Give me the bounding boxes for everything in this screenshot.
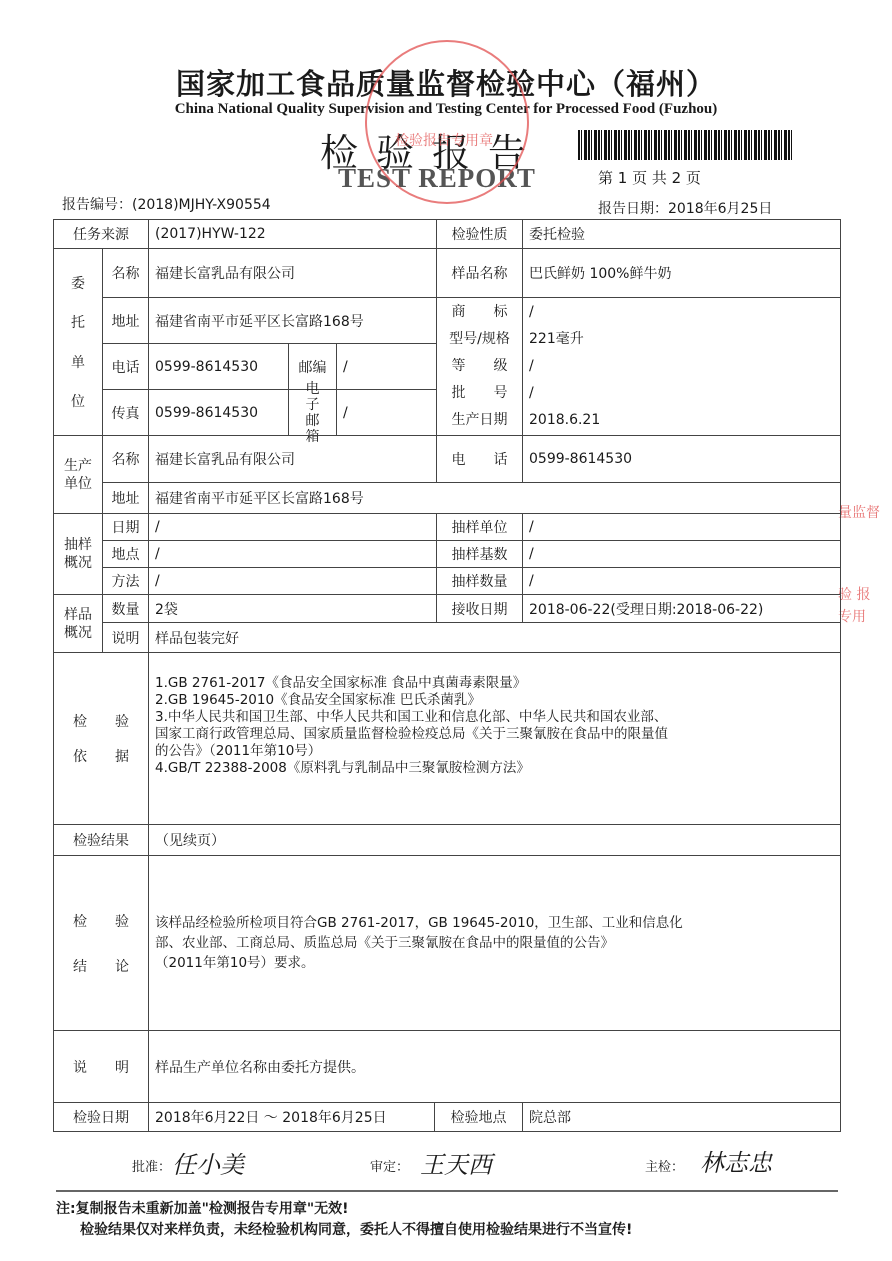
conclusion-label: 检 验 结 论: [53, 855, 149, 1031]
test-date-label: 检验日期: [53, 1102, 149, 1132]
client-label-char: 托: [71, 312, 85, 332]
conclusion-label-1: 检 验: [73, 911, 129, 931]
sample-name-value: 巴氏鲜奶 100%鲜牛奶: [522, 248, 841, 298]
sampling-unit-label: 抽样单位: [436, 513, 523, 541]
client-name-value: 福建长富乳品有限公司: [148, 248, 437, 298]
inspection-type-value: 委托检验: [522, 219, 841, 249]
report-date: 报告日期：2018年6月25日: [598, 198, 772, 218]
client-phone-value: 0599-8614530: [148, 343, 289, 390]
client-label-char: 单: [71, 352, 85, 372]
producer-address-label: 地址: [102, 482, 149, 514]
sample-detail-values: / 221毫升 / / 2018.6.21: [522, 297, 841, 436]
client-label-char: 委: [71, 273, 85, 293]
sampling-place-label: 地点: [102, 540, 149, 568]
spec-label: 型号/规格: [449, 326, 510, 353]
conclusion-label-2: 结 论: [73, 956, 129, 976]
sampling-group-label: 抽样概况: [53, 513, 103, 595]
producer-address-value: 福建省南平市延平区长富路168号: [148, 482, 841, 514]
sampling-base-label: 抽样基数: [436, 540, 523, 568]
spec-value: 221毫升: [529, 326, 584, 353]
conclusion-value: 该样品经检验所检项目符合GB 2761-2017，GB 19645-2010，卫…: [148, 855, 841, 1031]
sampling-unit-value: /: [522, 513, 841, 541]
basis-line: 4.GB/T 22388-2008《原料乳与乳制品中三聚氰胺检测方法》: [155, 760, 530, 777]
basis-label: 检 验 依 据: [53, 652, 149, 825]
brand-label: 商 标: [452, 299, 508, 326]
divider: [56, 1190, 838, 1192]
basis-line: 国家工商行政管理总局、国家质量监督检验检疫总局《关于三聚氰胺在食品中的限量值: [155, 726, 668, 743]
sampling-base-value: /: [522, 540, 841, 568]
sample-qty-value: 2袋: [148, 594, 437, 623]
sampling-method-label: 方法: [102, 567, 149, 595]
producer-name-label: 名称: [102, 435, 149, 483]
client-fax-value: 0599-8614530: [148, 389, 289, 436]
producer-phone-value: 0599-8614530: [522, 435, 841, 483]
grade-value: /: [529, 353, 534, 380]
receive-date-label: 接收日期: [436, 594, 523, 623]
client-email-value: /: [336, 389, 437, 436]
basis-value: 1.GB 2761-2017《食品安全国家标准 食品中真菌毒素限量》 2.GB …: [148, 652, 841, 825]
client-fax-label: 传真: [102, 389, 149, 436]
approve-label: 批准：: [132, 1156, 171, 1175]
basis-line: 3.中华人民共和国卫生部、中华人民共和国工业和信息化部、中华人民共和国农业部、: [155, 709, 667, 726]
sampling-date-label: 日期: [102, 513, 149, 541]
report-number: 报告编号：(2018)MJHY-X90554: [62, 194, 271, 214]
sample-desc-label: 说明: [102, 622, 149, 653]
grade-label: 等 级: [452, 353, 508, 380]
inspection-type-label: 检验性质: [436, 219, 523, 249]
stamp-text: 检验报告专用章: [395, 130, 493, 150]
client-group-label: 委 托 单 位: [53, 248, 103, 436]
task-source-value: (2017)HYW-122: [148, 219, 437, 249]
client-postcode-value: /: [336, 343, 437, 390]
official-stamp-icon: [365, 40, 529, 204]
sampling-date-value: /: [148, 513, 437, 541]
sample-desc-value: 样品包装完好: [148, 622, 841, 653]
client-name-label: 名称: [102, 248, 149, 298]
result-label: 检验结果: [53, 824, 149, 856]
brand-value: /: [529, 299, 534, 326]
test-place-label: 检验地点: [434, 1102, 523, 1132]
side-stamp-text-1: 量监督: [838, 502, 888, 524]
remark-label: 说 明: [53, 1030, 149, 1103]
producer-phone-label: 电 话: [436, 435, 523, 483]
prod-date-label: 生产日期: [452, 407, 508, 434]
task-source-label: 任务来源: [53, 219, 149, 249]
test-place-value: 院总部: [522, 1102, 841, 1132]
sampling-qty-label: 抽样数量: [436, 567, 523, 595]
producer-name-value: 福建长富乳品有限公司: [148, 435, 437, 483]
basis-line: 的公告》（2011年第10号）: [155, 743, 321, 760]
main-inspector-label: 主检：: [645, 1156, 684, 1175]
main-inspector-signature: 林志忠: [700, 1143, 772, 1178]
page-info: 第 1 页 共 2 页: [598, 167, 701, 188]
client-address-value: 福建省南平市延平区长富路168号: [148, 297, 437, 344]
sample-detail-labels: 商 标 型号/规格 等 级 批 号 生产日期: [436, 297, 523, 436]
conclusion-line: 部、农业部、工商总局、质监总局《关于三聚氰胺在食品中的限量值的公告》: [155, 933, 614, 953]
client-email-label: 电子邮箱: [288, 389, 337, 436]
sampling-method-value: /: [148, 567, 437, 595]
note-line-2: 检验结果仅对来样负责，未经检验机构同意，委托人不得擅自使用检验结果进行不当宣传!: [80, 1219, 632, 1239]
sample-qty-label: 数量: [102, 594, 149, 623]
barcode-icon: [578, 130, 793, 160]
batch-value: /: [529, 380, 534, 407]
result-value: （见续页）: [148, 824, 841, 856]
review-label: 审定：: [370, 1156, 409, 1175]
basis-line: 2.GB 19645-2010《食品安全国家标准 巴氏杀菌乳》: [155, 692, 481, 709]
sampling-place-value: /: [148, 540, 437, 568]
side-stamp-text-3: 专用: [838, 606, 888, 628]
test-date-value: 2018年6月22日 ～ 2018年6月25日: [148, 1102, 435, 1132]
side-stamp-text-2: 验 报: [838, 584, 888, 606]
batch-label: 批 号: [452, 380, 508, 407]
review-signature: 王天西: [420, 1145, 492, 1180]
client-address-label: 地址: [102, 297, 149, 344]
conclusion-line: 该样品经检验所检项目符合GB 2761-2017，GB 19645-2010，卫…: [155, 913, 683, 933]
prod-date-value: 2018.6.21: [529, 407, 600, 434]
approve-signature: 任小美: [172, 1145, 244, 1180]
receive-date-value: 2018-06-22(受理日期:2018-06-22): [522, 594, 841, 623]
sample-name-label: 样品名称: [436, 248, 523, 298]
sample-overview-group-label: 样品概况: [53, 594, 103, 653]
remark-value: 样品生产单位名称由委托方提供。: [148, 1030, 841, 1103]
client-phone-label: 电话: [102, 343, 149, 390]
basis-label-1: 检 验: [73, 711, 129, 731]
note-line-1: 注:复制报告未重新加盖"检测报告专用章"无效!: [56, 1198, 349, 1218]
producer-group-label: 生产单位: [53, 435, 103, 514]
basis-line: 1.GB 2761-2017《食品安全国家标准 食品中真菌毒素限量》: [155, 675, 526, 692]
client-label-char: 位: [71, 391, 85, 411]
conclusion-line: （2011年第10号）要求。: [155, 953, 315, 973]
sampling-qty-value: /: [522, 567, 841, 595]
side-stamp-icon: 量监督 验 报 专用: [838, 502, 888, 652]
basis-label-2: 依 据: [73, 746, 129, 766]
